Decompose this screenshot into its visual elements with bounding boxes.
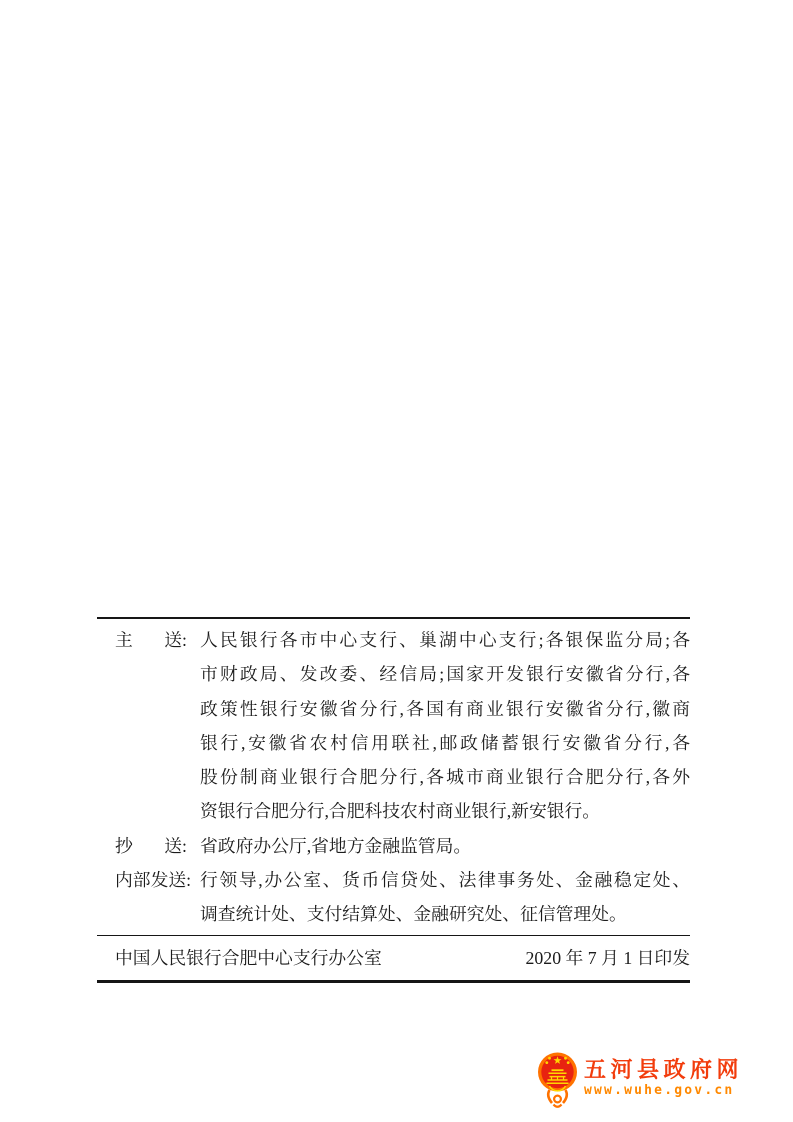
issuing-office: 中国人民银行合肥中心支行办公室 <box>115 945 382 970</box>
mailing-line: 政策性银行安徽省分行,各国有商业银行安徽省分行,徽商 <box>200 692 690 726</box>
print-date: 2020 年 7 月 1 日印发 <box>526 945 690 970</box>
mailing-line: 股份制商业银行合肥分行,各城市商业银行合肥分行,各外 <box>200 760 690 794</box>
colophon-block: 主 送: 人民银行各市中心支行、巢湖中心支行;各银保监分局;各 市财政局、发改委… <box>97 617 690 983</box>
mailing-line: 省政府办公厅,省地方金融监管局。 <box>200 829 690 863</box>
site-badge: 五河县政府网 www.wuhe.gov.cn <box>536 1049 743 1111</box>
mailing-line: 调查统计处、支付结算处、金融研究处、征信管理处。 <box>200 897 690 931</box>
site-url[interactable]: www.wuhe.gov.cn <box>584 1082 743 1099</box>
colophon-footer: 中国人民银行合肥中心支行办公室 2020 年 7 月 1 日印发 <box>97 935 690 983</box>
mailing-line: 市财政局、发改委、经信局;国家开发银行安徽省分行,各 <box>200 657 690 691</box>
mailing-list: 主 送: 人民银行各市中心支行、巢湖中心支行;各银保监分局;各 市财政局、发改委… <box>97 619 690 932</box>
cc-send-label: 抄 送: <box>97 829 200 863</box>
national-emblem-icon <box>536 1049 579 1111</box>
main-send-content: 人民银行各市中心支行、巢湖中心支行;各银保监分局;各 市财政局、发改委、经信局;… <box>200 623 690 829</box>
label-char: 抄 <box>115 829 133 863</box>
internal-send-label: 内部发送: <box>97 863 200 897</box>
mailing-line: 行领导,办公室、货币信贷处、法律事务处、金融稳定处、 <box>200 863 690 897</box>
internal-send-row: 内部发送: 行领导,办公室、货币信贷处、法律事务处、金融稳定处、 调查统计处、支… <box>97 863 690 932</box>
label-char: 送: <box>164 829 187 863</box>
mailing-line: 银行,安徽省农村信用联社,邮政储蓄银行安徽省分行,各 <box>200 726 690 760</box>
internal-send-content: 行领导,办公室、货币信贷处、法律事务处、金融稳定处、 调查统计处、支付结算处、金… <box>200 863 690 932</box>
site-badge-text: 五河县政府网 www.wuhe.gov.cn <box>584 1049 743 1099</box>
main-send-row: 主 送: 人民银行各市中心支行、巢湖中心支行;各银保监分局;各 市财政局、发改委… <box>97 623 690 829</box>
mailing-line: 人民银行各市中心支行、巢湖中心支行;各银保监分局;各 <box>200 623 690 657</box>
cc-send-content: 省政府办公厅,省地方金融监管局。 <box>200 829 690 863</box>
mailing-line: 资银行合肥分行,合肥科技农村商业银行,新安银行。 <box>200 794 690 828</box>
document-page: 主 送: 人民银行各市中心支行、巢湖中心支行;各银保监分局;各 市财政局、发改委… <box>0 0 793 1122</box>
label-char: 送: <box>164 623 187 657</box>
cc-send-row: 抄 送: 省政府办公厅,省地方金融监管局。 <box>97 829 690 863</box>
main-send-label: 主 送: <box>97 623 200 657</box>
label-char: 主 <box>115 623 133 657</box>
site-name: 五河县政府网 <box>584 1057 743 1082</box>
